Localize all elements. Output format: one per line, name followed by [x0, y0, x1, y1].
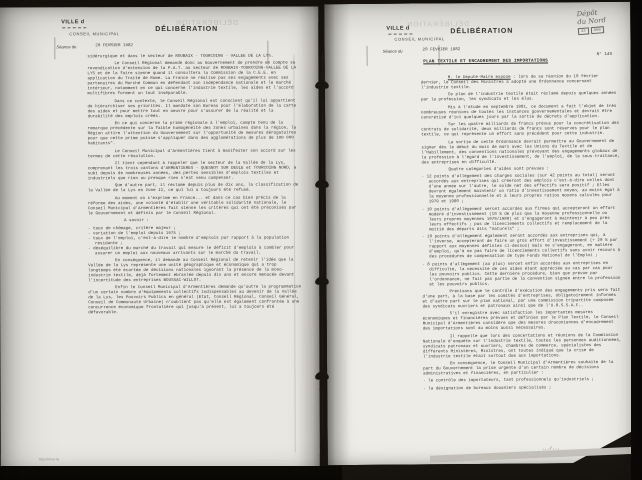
paragraph: Précisons que le contrôle d'exécution de… — [422, 289, 622, 311]
paragraph: - le contrôle des importateurs, tant pro… — [423, 378, 623, 385]
right-page: DÉLIBÉRATION VILLE d CONSEIL MUNICIPAL S… — [324, 2, 634, 465]
brad-fastener-icon — [314, 370, 330, 395]
seance-date: 20 FEVRIER 1982 — [423, 48, 461, 52]
paragraph: Que d'autre part, il réclame depuis plus… — [88, 184, 301, 195]
paragraph: - déséquilibre du marché du travail qui … — [88, 246, 301, 257]
paragraph: - 10 points d'allègement également seron… — [422, 234, 622, 261]
deliberation-heading: DÉLIBÉRATION — [155, 26, 213, 33]
stamp-boxes: 43 A68 — [578, 25, 607, 34]
page-header-ville: VILLE d — [61, 19, 84, 25]
paragraph: - 10 points d'allègement seront accordés… — [422, 207, 622, 234]
deliberation-number: N° 149 — [597, 52, 613, 57]
paragraph: En conséquence, il demande au Conseil Ré… — [88, 258, 301, 284]
depot-stamp: Dépôt du Nord 43 A68 — [576, 9, 606, 35]
paragraph: Dans ce contexte, le Conseil Régional es… — [88, 99, 301, 120]
underlined-lead: M. le Député-Maire expose — [448, 76, 511, 80]
printer-imprint: Imprimerie — [39, 457, 60, 461]
page-header-ville: VILLE d — [386, 26, 409, 32]
page-header-conseil: CONSEIL MUNICIPAL — [69, 31, 119, 36]
paragraph: Le Conseil Régional demande donc au Gouv… — [87, 62, 300, 98]
left-page-body: sidérurgique et dans le secteur de ROUBA… — [87, 55, 301, 317]
deliberation-title: PLAN TEXTILE ET ENCADREMENT DES IMPORTAT… — [420, 58, 552, 64]
brad-fastener-icon — [314, 79, 330, 104]
scan-edge-bottom — [0, 466, 342, 480]
paragraph: Ce plan de l'industrie textile était réc… — [421, 92, 621, 104]
header-divider — [388, 34, 412, 35]
scan-edge-right — [631, 0, 642, 480]
form-rule — [54, 37, 55, 59]
brad-fastener-icon — [314, 178, 330, 203]
paragraph: Au moment où s'exprime en France... et d… — [88, 196, 301, 217]
header-divider — [62, 27, 86, 28]
deliberation-heading: DÉLIBÉRATION — [450, 28, 506, 35]
paragraph: - 12 points d'allègement des charges soc… — [422, 174, 622, 206]
paragraph: S'il enregistre avec satisfaction les im… — [423, 311, 623, 333]
stamp-box-left: 43 — [578, 27, 589, 35]
paragraph: En ce qui concerne la prime régionale à … — [88, 122, 301, 148]
seance-date: 20 FEVRIER 1982 — [95, 44, 133, 48]
paragraph: M. le Député-Maire expose : lors de sa r… — [421, 75, 621, 92]
stamp-text-line2: du Nord — [577, 17, 606, 27]
paragraph: - 8 points d'allègement (au plus) seront… — [422, 261, 622, 288]
scanned-document: DÉLIBÉRATION VILLE d CONSEIL MUNICIPAL S… — [0, 0, 642, 480]
brad-fastener-icon — [314, 275, 330, 300]
paragraph: A savoir : — [88, 219, 301, 225]
seance-label: Séance du — [56, 44, 76, 49]
paragraph: sidérurgique et dans le secteur de ROUBA… — [87, 55, 300, 61]
paragraph: Sur les quatre milliards de francs prévu… — [421, 122, 621, 139]
paragraph: Enfin le Conseil Municipal d'Armentières… — [88, 286, 301, 317]
paragraph: Il rappelle que lors des concertations e… — [423, 334, 623, 361]
paragraph: Quatre catégories d'aides sont prévues : — [421, 167, 621, 174]
paragraph: Il tient cependant à rappeler que le sec… — [88, 161, 301, 182]
paragraph: Le Conseil Municipal d'Armentières tient… — [88, 149, 301, 160]
page-header-conseil: CONSEIL MUNICIPAL — [394, 36, 444, 41]
form-rule — [367, 46, 368, 66]
paragraph: - la désignation de bureaux douaniers sp… — [423, 386, 623, 393]
seance-label: Séance du — [383, 49, 403, 54]
left-page: DÉLIBÉRATION VILLE d CONSEIL MUNICIPAL S… — [0, 6, 320, 467]
right-page-body: M. le Député-Maire expose : lors de sa r… — [421, 75, 623, 392]
paragraph: En conséquence, le Conseil Municipal d'A… — [423, 361, 623, 378]
paragraph: Mis à l'étude en septembre 1981, ce docu… — [421, 105, 621, 122]
stamp-box-right: A68 — [590, 26, 604, 34]
paragraph: La sortie de cette Ordonnance devrait pe… — [421, 139, 621, 166]
